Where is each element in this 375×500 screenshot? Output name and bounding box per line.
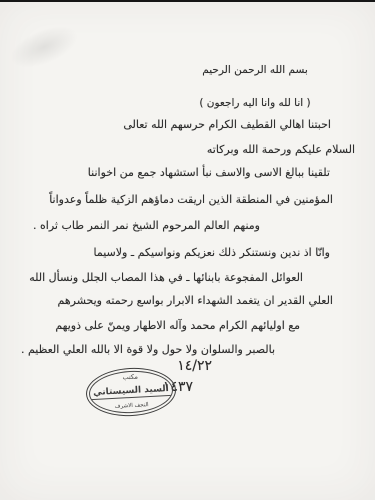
basmala-line: بسم الله الرحمن الرحيم: [135, 60, 375, 80]
scanned-letter-page: بسم الله الرحمن الرحيم ( انا لله وانا ال…: [0, 0, 375, 500]
scan-edge-artifact: [0, 0, 375, 2]
istirja-line: ( انا لله وانا اليه راجعون ): [135, 93, 375, 113]
stamp-inner-border: مكتب السيد السيستاني النجف الاشرف: [88, 369, 174, 415]
letter-line: وانّا اذ ندين ونستنكر ذلك نعزيكم ونواسيك…: [94, 243, 330, 263]
stamp-sayyid-name: السيد السيستاني: [91, 384, 171, 400]
letter-line: العلي القدير ان يتغمد الشهداء الابرار بو…: [58, 291, 334, 311]
letter-line: تلقينا ببالغ الاسى والاسف نبأ استشهاد جم…: [88, 163, 330, 183]
stamp-city-label: النجف الاشرف: [115, 402, 149, 410]
letter-line-addressees: احبتنا اهالي القطيف الكرام حرسهم الله تع…: [123, 115, 331, 135]
letter-line: مع اوليائهم الكرام محمد وآله الاطهار ويم…: [55, 316, 300, 336]
letter-line-salam: السلام عليكم ورحمة الله وبركاته: [207, 140, 355, 160]
scan-smudge: [4, 18, 83, 76]
letter-line: العوائل المفجوعة بابنائها ـ في هذا المصا…: [29, 268, 303, 288]
letter-line-closing: بالصبر والسلوان ولا حول ولا قوة الا بالل…: [21, 340, 275, 360]
office-stamp: مكتب السيد السيستاني النجف الاشرف: [85, 366, 177, 419]
date-day-month: ١٤/٢٢: [177, 358, 212, 374]
stamp-office-label: مكتب: [122, 374, 138, 382]
letter-line: ومنهم العالم المرحوم الشيخ نمر النمر طاب…: [33, 216, 260, 236]
letter-line: المؤمنين في المنطقة الذين اريقت دماؤهم ا…: [49, 190, 333, 210]
